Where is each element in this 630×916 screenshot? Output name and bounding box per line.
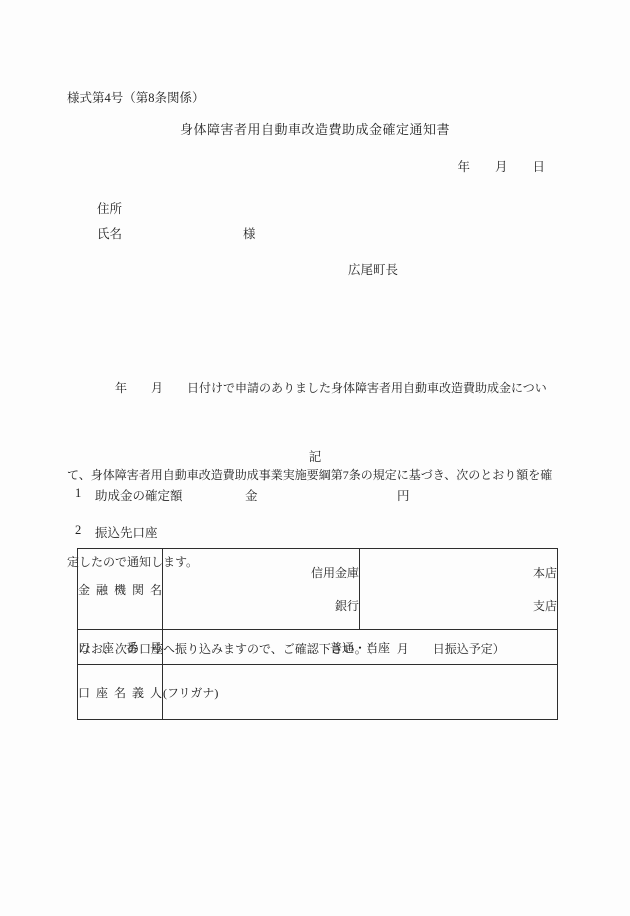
issuer-title: 広尾町長 xyxy=(348,260,398,278)
item-1-label: 助成金の確定額 xyxy=(95,486,183,504)
item-1-number: 1 xyxy=(75,486,81,501)
account-type-cell: 普通・当座 xyxy=(163,630,558,665)
date-line: 年 月 日 xyxy=(457,157,545,175)
form-number: 様式第4号（第8条関係） xyxy=(67,88,205,106)
bank-type-bank: 銀行 xyxy=(335,597,359,614)
address-label: 住所 xyxy=(97,199,122,217)
financial-institution-header: 金融機関名 xyxy=(78,549,163,630)
document-page: 様式第4号（第8条関係） 身体障害者用自動車改造費助成金確定通知書 年 月 日 … xyxy=(0,0,630,916)
account-holder-header: 口座名義人 xyxy=(78,665,163,720)
honorific-label: 様 xyxy=(243,224,256,242)
bank-account-table: 金融機関名 信用金庫 銀行 本店 支店 口座番号 普通・当座 口座名義人 (フリ… xyxy=(77,548,558,720)
name-label: 氏名 xyxy=(97,224,122,242)
table-row-account-number: 口座番号 普通・当座 xyxy=(78,630,558,665)
table-row-account-holder: 口座名義人 (フリガナ) xyxy=(78,665,558,720)
record-heading: 記 xyxy=(0,447,630,465)
body-line-1: 年 月 日付けで申請のありました身体障害者用自動車改造費助成金につい xyxy=(67,374,565,403)
branch-type-branch: 支店 xyxy=(533,597,557,614)
bank-name-cell: 信用金庫 銀行 xyxy=(163,549,360,630)
item-1-amount-prefix: 金 xyxy=(245,486,258,504)
account-holder-cell: (フリガナ) xyxy=(163,665,558,720)
table-row-financial-institution: 金融機関名 信用金庫 銀行 本店 支店 xyxy=(78,549,558,630)
item-1-amount-suffix: 円 xyxy=(397,486,410,504)
item-2-number: 2 xyxy=(75,523,81,538)
bank-type-shinkin: 信用金庫 xyxy=(311,564,359,581)
item-2-label: 振込先口座 xyxy=(95,523,158,541)
account-number-header: 口座番号 xyxy=(78,630,163,665)
branch-name-cell: 本店 支店 xyxy=(360,549,558,630)
page-title: 身体障害者用自動車改造費助成金確定通知書 xyxy=(0,119,630,138)
branch-type-head-office: 本店 xyxy=(533,564,557,581)
